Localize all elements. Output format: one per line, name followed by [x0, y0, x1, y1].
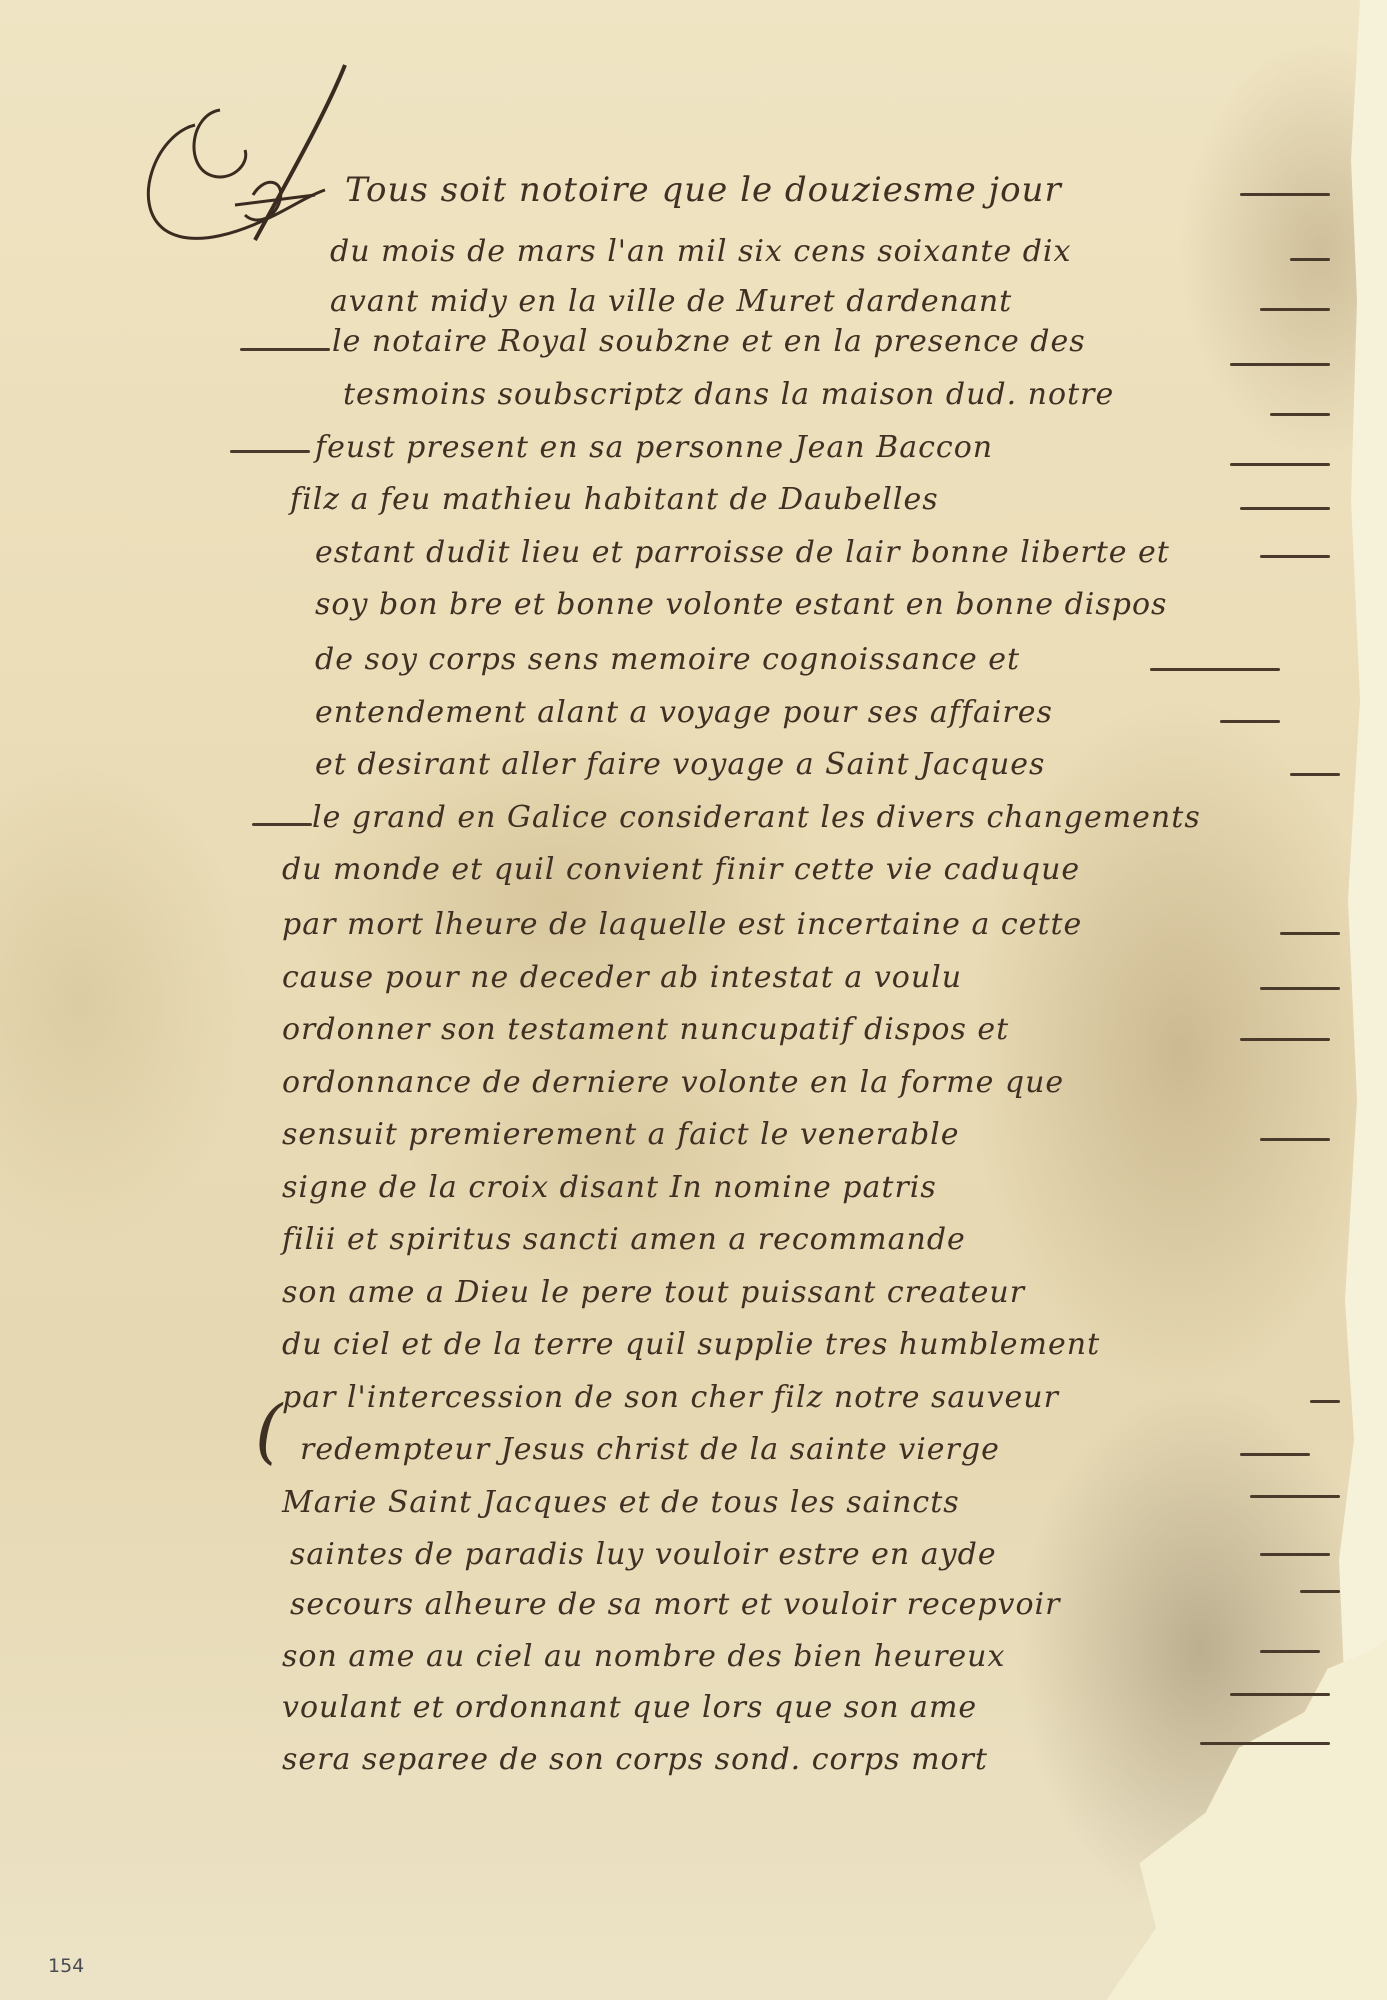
line-filler-dash — [1150, 668, 1280, 671]
text-line: Marie Saint Jacques et de tous les sainc… — [282, 1483, 960, 1523]
line-filler-dash — [1200, 1742, 1330, 1745]
text-line: entendement alant a voyage pour ses affa… — [315, 693, 1053, 733]
line-filler-dash — [1230, 363, 1330, 366]
margin-dash — [252, 823, 312, 826]
text-line: feust present en sa personne Jean Baccon — [315, 428, 993, 468]
line-filler-dash — [1240, 507, 1330, 510]
line-filler-dash — [1230, 463, 1330, 466]
text-line: du mois de mars l'an mil six cens soixan… — [330, 232, 1071, 272]
text-line: tesmoins soubscriptz dans la maison dud.… — [343, 375, 1114, 415]
line-filler-dash — [1260, 987, 1340, 990]
text-line: cause pour ne deceder ab intestat a voul… — [282, 958, 962, 998]
line-filler-dash — [1290, 773, 1340, 776]
line-filler-dash — [1260, 1138, 1330, 1141]
text-line: sensuit premierement a faict le venerabl… — [282, 1115, 960, 1155]
text-line: de soy corps sens memoire cognoissance e… — [315, 640, 1020, 680]
text-line: ordonnance de derniere volonte en la for… — [282, 1063, 1064, 1103]
line-filler-dash — [1260, 555, 1330, 558]
text-line: secours alheure de sa mort et vouloir re… — [290, 1585, 1060, 1625]
text-line: redempteur Jesus christ de la sainte vie… — [300, 1430, 1000, 1470]
text-line: par l'intercession de son cher filz notr… — [282, 1378, 1059, 1418]
line-filler-dash — [1260, 1553, 1330, 1556]
line-filler-dash — [1240, 193, 1330, 196]
line-filler-dash — [1220, 720, 1280, 723]
text-line: soy bon bre et bonne volonte estant en b… — [315, 585, 1167, 625]
text-line: le notaire Royal soubzne et en la presen… — [332, 322, 1086, 362]
margin-dash — [240, 348, 330, 351]
text-line: voulant et ordonnant que lors que son am… — [282, 1688, 977, 1728]
text-line: sera separee de son corps sond. corps mo… — [282, 1740, 988, 1780]
line-filler-dash — [1290, 258, 1330, 261]
margin-dash — [230, 450, 310, 453]
text-line: du monde et quil convient finir cette vi… — [282, 850, 1080, 890]
line-filler-dash — [1270, 413, 1330, 416]
line-filler-dash — [1280, 932, 1340, 935]
manuscript-page: Tous soit notoire que le douziesme jour … — [0, 0, 1387, 2000]
line-filler-dash — [1260, 1650, 1320, 1653]
folio-number: 154 — [48, 1955, 84, 1977]
text-line: avant midy en la ville de Muret dardenan… — [330, 282, 1012, 322]
text-line: signe de la croix disant In nomine patri… — [282, 1168, 937, 1208]
text-line: filii et spiritus sancti amen a recomman… — [282, 1220, 966, 1260]
line-filler-dash — [1230, 1693, 1330, 1696]
line-filler-dash — [1240, 1038, 1330, 1041]
text-line: saintes de paradis luy vouloir estre en … — [290, 1535, 997, 1575]
text-line: et desirant aller faire voyage a Saint J… — [315, 745, 1045, 785]
text-line: son ame a Dieu le pere tout puissant cre… — [282, 1273, 1025, 1313]
line-filler-dash — [1310, 1400, 1340, 1403]
text-line: du ciel et de la terre quil supplie tres… — [282, 1325, 1100, 1365]
line-filler-dash — [1240, 1453, 1310, 1456]
manuscript-text: Tous soit notoire que le douziesme jour … — [0, 0, 1387, 2000]
text-line: par mort lheure de laquelle est incertai… — [282, 905, 1082, 945]
line-filler-dash — [1260, 308, 1330, 311]
text-line: estant dudit lieu et parroisse de lair b… — [315, 533, 1170, 573]
margin-flourish: ( — [255, 1390, 282, 1472]
text-line: son ame au ciel au nombre des bien heure… — [282, 1637, 1005, 1677]
text-line: filz a feu mathieu habitant de Daubelles — [290, 480, 939, 520]
text-line: le grand en Galice considerant les diver… — [312, 798, 1201, 838]
line-filler-dash — [1250, 1495, 1340, 1498]
line-filler-dash — [1300, 1590, 1340, 1593]
text-line: Tous soit notoire que le douziesme jour — [345, 170, 1062, 210]
text-line: ordonner son testament nuncupatif dispos… — [282, 1010, 1009, 1050]
